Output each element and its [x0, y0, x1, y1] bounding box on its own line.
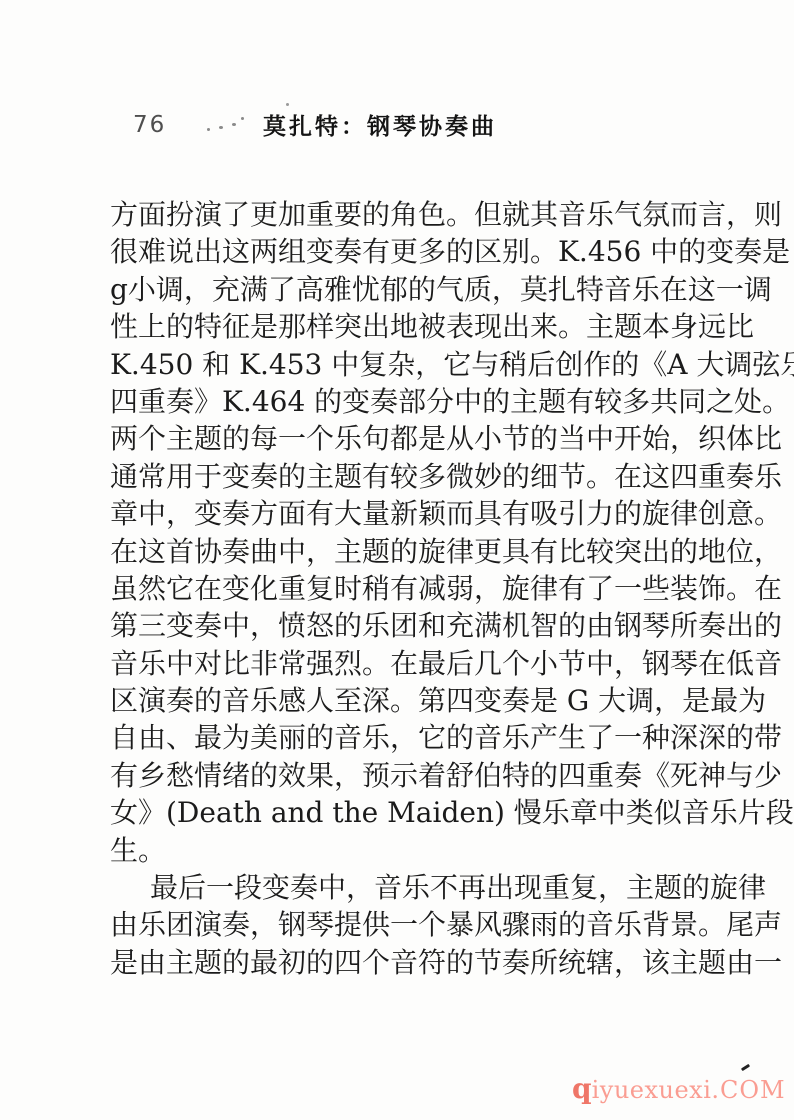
text-line: 音乐中对比非常强烈。在最后几个小节中，钢琴在低音 — [110, 645, 673, 682]
scan-artifact — [286, 103, 289, 106]
text-line: 自由、最为美丽的音乐，它的音乐产生了一种深深的带 — [110, 719, 673, 756]
scan-artifact — [207, 128, 210, 131]
text-line: 性上的特征是那样突出地被表现出来。主题本身远比 — [110, 308, 673, 345]
text-line: 由乐团演奏，钢琴提供一个暴风骤雨的音乐背景。尾声 — [110, 906, 673, 943]
body-text: 方面扮演了更加重要的角色。但就其音乐气氛而言，则 很难说出这两组变奏有更多的区别… — [110, 196, 673, 981]
scan-artifact — [241, 117, 244, 120]
page-header-title: 莫扎特：钢琴协奏曲 — [263, 108, 497, 141]
text-line: 方面扮演了更加重要的角色。但就其音乐气氛而言，则 — [110, 196, 673, 233]
text-line: 有乡愁情绪的效果，预示着舒伯特的四重奏《死神与少 — [110, 757, 673, 794]
text-line: 虽然它在变化重复时稍有减弱，旋律有了一些装饰。在 — [110, 570, 673, 607]
text-line: 通常用于变奏的主题有较多微妙的细节。在这四重奏乐 — [110, 458, 673, 495]
scan-artifact — [741, 1064, 750, 1071]
watermark-text: iyuexuexi — [592, 1076, 712, 1104]
watermark-initial: q — [572, 1072, 592, 1105]
text-line: g小调，充满了高雅忧郁的气质，莫扎特音乐在这一调 — [110, 271, 673, 308]
scan-artifact — [219, 126, 223, 129]
text-line: 第三变奏中，愤怒的乐团和充满机智的由钢琴所奏出的 — [110, 607, 673, 644]
book-page: 76 莫扎特：钢琴协奏曲 方面扮演了更加重要的角色。但就其音乐气氛而言，则 很难… — [0, 0, 794, 1120]
page-number: 76 — [133, 112, 166, 138]
site-watermark: qiyuexuexi.COM — [572, 1072, 786, 1105]
text-line: 很难说出这两组变奏有更多的区别。K.456 中的变奏是 — [110, 233, 673, 270]
text-line: K.450 和 K.453 中复杂，它与稍后创作的《A 大调弦乐 — [110, 346, 673, 383]
text-line-paragraph-end: 生。 — [110, 832, 673, 869]
text-line: 女》(Death and the Maiden) 慢乐章中类似音乐片段的诞 — [110, 794, 673, 831]
text-line-paragraph-start: 最后一段变奏中，音乐不再出现重复，主题的旋律 — [110, 869, 673, 906]
text-line: 区演奏的音乐感人至深。第四变奏是 G 大调，是最为 — [110, 682, 673, 719]
watermark-domain-suffix: .COM — [711, 1076, 785, 1104]
text-line: 两个主题的每一个乐句都是从小节的当中开始，织体比 — [110, 420, 673, 457]
text-line: 是由主题的最初的四个音符的节奏所统辖，该主题由一 — [110, 944, 673, 981]
text-line: 章中，变奏方面有大量新颖而具有吸引力的旋律创意。 — [110, 495, 673, 532]
text-line: 在这首协奏曲中，主题的旋律更具有比较突出的地位， — [110, 533, 673, 570]
scan-artifact — [232, 123, 236, 126]
text-line: 四重奏》K.464 的变奏部分中的主题有较多共同之处。 — [110, 383, 673, 420]
